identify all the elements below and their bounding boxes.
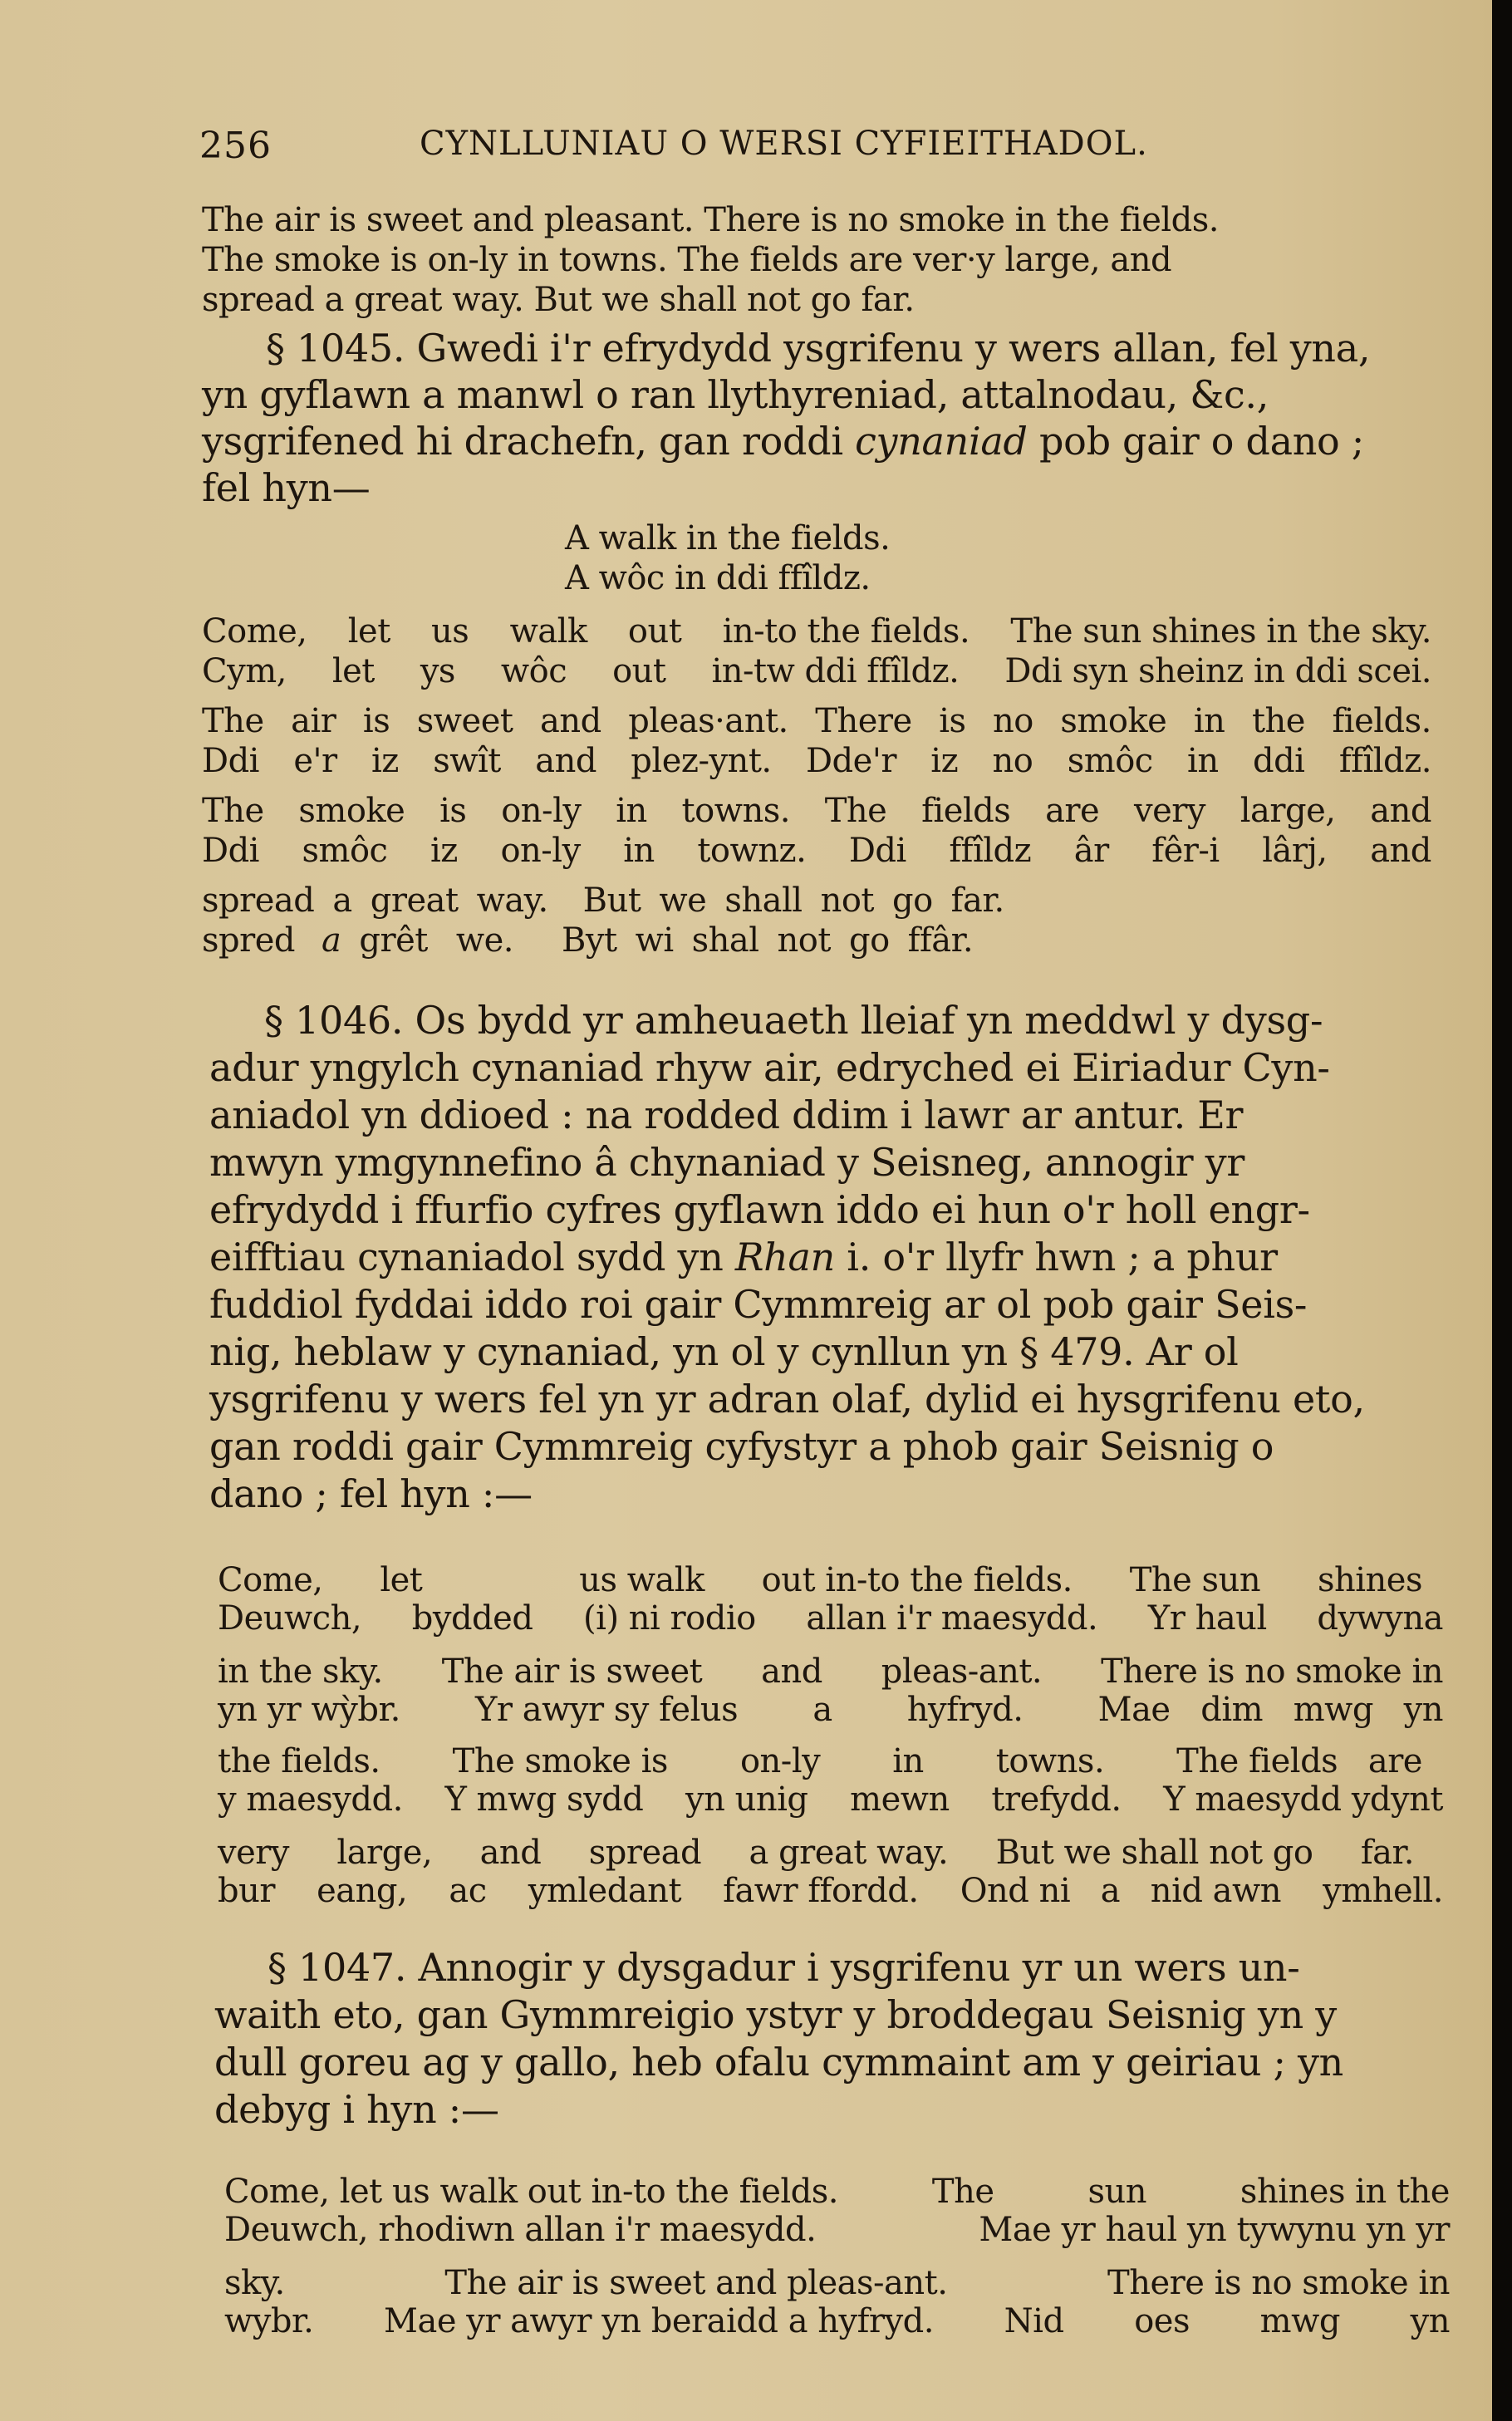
lesson-title-phonetic: A wôc in ddi ffîldz. (565, 562, 871, 595)
word: Mae yr awyr yn beraidd a hyfryd. (384, 2305, 934, 2338)
word: The smoke is (453, 1745, 668, 1778)
word: no (993, 705, 1033, 738)
word: smôc (1068, 744, 1153, 778)
word: Yr haul (1148, 1602, 1267, 1635)
word: Nid (1004, 2305, 1064, 2338)
word: far. (951, 884, 1004, 917)
word: townz. (697, 834, 806, 867)
word: us walk (579, 1564, 704, 1597)
word: dywyna (1317, 1602, 1443, 1635)
word: let (332, 655, 375, 688)
word: Come, (202, 615, 307, 648)
word: wi (636, 924, 674, 957)
word: wôc (501, 655, 567, 688)
word: Cym, (202, 655, 287, 688)
word: Mae yr haul yn tywynu yn yr (979, 2213, 1450, 2247)
word: on-ly (740, 1745, 820, 1778)
paragraph-1046-line-11: dano ; fel hyn :— (209, 1475, 533, 1513)
word: wybr. (224, 2305, 313, 2338)
word: and (535, 744, 596, 778)
word: iz (371, 744, 399, 778)
book-spine-shadow (1492, 0, 1512, 2421)
word: go (892, 884, 933, 917)
word: The (825, 794, 887, 827)
word: sun (1087, 2175, 1146, 2208)
word: Ddi (202, 834, 259, 867)
word: ffâr. (908, 924, 973, 957)
word: far. (1361, 1836, 1414, 1869)
paragraph-1047-line-2: waith eto, gan Gymmreigio ystyr y brodde… (214, 1996, 1337, 2034)
english-line: Come,letuswalkoutin-to the fields.The su… (202, 615, 1431, 648)
word: on-ly (500, 834, 580, 867)
word: go (849, 924, 890, 957)
word: air (291, 705, 336, 738)
word: let (380, 1564, 422, 1597)
word: are (1045, 794, 1099, 827)
word: is (439, 794, 466, 827)
word: yn yr wỳbr. (218, 1693, 400, 1726)
word: Ddi syn sheinz in ddi scei. (1004, 655, 1431, 688)
paragraph-1047-line-3: dull goreu ag y gallo, heb ofalu cymmain… (214, 2043, 1343, 2081)
word: eifftiau cynaniadol sydd yn (209, 1235, 724, 1279)
paragraph-1045-line-2: yn gyflawn a manwl o ran llythyreniad, a… (202, 376, 1269, 414)
lesson-title-english: A walk in the fields. (565, 522, 890, 555)
word: smôc (302, 834, 388, 867)
welsh-line: y maesydd.Y mwg syddyn unigmewntrefydd.Y… (218, 1783, 1443, 1816)
word: in the sky. (218, 1655, 383, 1688)
word: we. (456, 924, 513, 957)
word: Ond ni a nid awn (960, 1874, 1281, 1908)
word: fields (921, 794, 1010, 827)
paragraph-1046-line-4: mwyn ymgynnefino â chynaniad y Seisneg, … (209, 1143, 1244, 1181)
welsh-line: Deuwch, rhodiwn allan i'r maesydd.Mae yr… (224, 2213, 1450, 2247)
book-page: 256 CYNLLUNIAU O WERSI CYFIEITHADOL. The… (0, 0, 1492, 2421)
word: towns. (682, 794, 790, 827)
word: The sun (1130, 1564, 1260, 1597)
word: The (202, 794, 264, 827)
word: large, (336, 1836, 432, 1869)
word: y maesydd. (218, 1783, 403, 1816)
word: Mae dim mwg yn (1098, 1693, 1443, 1726)
word: oes (1134, 2305, 1190, 2338)
word: in (892, 1745, 924, 1778)
word: There is no smoke in (1107, 2266, 1450, 2300)
word: eang, (317, 1874, 407, 1908)
word: a (322, 924, 341, 957)
english-line: sky.The air is sweet and pleas-ant.There… (224, 2266, 1450, 2300)
emphasis: cynaniad (855, 419, 1028, 464)
word: in-to the fields. (723, 615, 970, 648)
paragraph-1046-line-3: aniadol yn ddioed : na rodded ddim i law… (209, 1096, 1243, 1134)
paragraph-1046-line-7: fuddiol fyddai iddo roi gair Cymmreig ar… (209, 1285, 1307, 1323)
word: Ddi (849, 834, 906, 867)
word: sky. (224, 2266, 285, 2300)
word: and (1370, 834, 1431, 867)
word: iz (430, 834, 458, 867)
phonetic-line: spredagrêtwe.Bytwishalnotgoffâr. (202, 924, 973, 957)
word: The air is sweet and pleas-ant. (444, 2266, 947, 2300)
word: i. o'r llyfr hwn ; a phur (847, 1235, 1278, 1279)
word: we (659, 884, 706, 917)
word: ddi (1253, 744, 1305, 778)
word: ys (420, 655, 455, 688)
phonetic-line: Cym,letyswôcoutin-tw ddi ffîldz.Ddi syn … (202, 655, 1431, 688)
word: and (480, 1836, 542, 1869)
paragraph-1046-line-8: nig, heblaw y cynaniad, yn ol y cynllun … (209, 1333, 1239, 1371)
welsh-line: wybr.Mae yr awyr yn beraidd a hyfryd.Nid… (224, 2305, 1450, 2338)
word: fêr-i (1151, 834, 1219, 867)
word: sweet (417, 705, 513, 738)
word: ac (449, 1874, 486, 1908)
word: shines in the (1240, 2175, 1450, 2208)
word: Annogir y dysgadur i ysgrifenu yr un wer… (419, 1945, 1300, 1990)
word: âr (1074, 834, 1109, 867)
paragraph-1046-line-9: ysgrifenu y wers fel yn yr adran olaf, d… (209, 1380, 1365, 1418)
text-line: The smoke is on-ly in towns. The fields … (202, 243, 1171, 277)
word: a (332, 884, 351, 917)
emphasis: Rhan (735, 1235, 835, 1279)
text-line: spread a great way. But we shall not go … (202, 283, 915, 317)
word: Ddi (202, 744, 259, 778)
word: The sun shines in the sky. (1010, 615, 1431, 648)
english-line: Theairissweetandpleas·ant.Thereisnosmoke… (202, 705, 1431, 738)
phonetic-line: Ddie'rizswîtandplez-ynt.Dde'riznosmôcind… (202, 744, 1431, 778)
word: very (1134, 794, 1205, 827)
section-number: § 1046. (264, 998, 403, 1043)
word: in (623, 834, 655, 867)
paragraph-1047-line-4: debyg i hyn :— (214, 2090, 499, 2129)
paragraph-1046-line-5: efrydydd i ffurfio cyfres gyflawn iddo e… (209, 1191, 1310, 1229)
word: (i) ni rodio (583, 1602, 756, 1635)
word: hyfryd. (907, 1693, 1024, 1726)
word: The air is sweet (442, 1655, 703, 1688)
word: fawr ffordd. (723, 1874, 918, 1908)
word: Deuwch, (218, 1602, 361, 1635)
paragraph-1046-line-6: eifftiau cynaniadol sydd yn Rhan i. o'r … (209, 1238, 1278, 1276)
word: pob gair o dano ; (1039, 419, 1364, 464)
word: mwg (1260, 2305, 1340, 2338)
word: Dde'r (806, 744, 896, 778)
word: in-tw ddi ffîldz. (711, 655, 959, 688)
word: Y maesydd ydynt (1163, 1783, 1443, 1816)
word: and (1370, 794, 1431, 827)
word: pleas·ant. (628, 705, 788, 738)
word: shal (692, 924, 759, 957)
word: large, (1240, 794, 1336, 827)
word: very (218, 1836, 289, 1869)
word: shall (724, 884, 802, 917)
word: let (348, 615, 390, 648)
word: lârj, (1262, 834, 1327, 867)
word: on-ly (501, 794, 581, 827)
running-title: CYNLLUNIAU O WERSI CYFIEITHADOL. (420, 125, 1148, 163)
word: out in-to the fields. (762, 1564, 1073, 1597)
word: walk (510, 615, 587, 648)
word: out (612, 655, 665, 688)
english-line: Come, let us walk out in-to the fields.T… (224, 2175, 1450, 2208)
word: allan i'r maesydd. (806, 1602, 1097, 1635)
word: ysgrifened hi drachefn, gan roddi (202, 419, 843, 464)
word: But we shall not go (996, 1836, 1313, 1869)
paragraph-1045-line-3: ysgrifened hi drachefn, gan roddi cynani… (202, 422, 1364, 460)
word: Os bydd yr amheuaeth lleiaf yn meddwl y … (415, 998, 1323, 1043)
paragraph-1045-line-4: fel hyn— (202, 469, 370, 507)
word: ymhell. (1323, 1874, 1443, 1908)
paragraph-1045-line-1: § 1045. Gwedi i'r efrydydd ysgrifenu y w… (266, 329, 1370, 367)
word: spread (202, 884, 314, 917)
word: The (202, 705, 264, 738)
word: But (583, 884, 641, 917)
word: The (932, 2175, 994, 2208)
word: bydded (412, 1602, 533, 1635)
welsh-line: Deuwch,bydded(i) ni rodioallan i'r maesy… (218, 1602, 1443, 1635)
page-number: 256 (199, 125, 272, 167)
word: ymledant (528, 1874, 681, 1908)
english-line: Thesmokeison-lyintowns.Thefieldsareveryl… (202, 794, 1431, 827)
word: Deuwch, rhodiwn allan i'r maesydd. (224, 2213, 816, 2247)
english-line: spreadagreatway.Butweshallnotgofar. (202, 884, 1004, 917)
word: There (815, 705, 911, 738)
word: yn (1411, 2305, 1450, 2338)
word: us (431, 615, 469, 648)
welsh-line: bureang,acymledantfawr ffordd.Ond ni a n… (218, 1874, 1443, 1908)
word: in (1187, 744, 1219, 778)
word: a (812, 1693, 832, 1726)
word: ffîldz (949, 834, 1031, 867)
word: shines (1318, 1564, 1422, 1597)
word: out (628, 615, 681, 648)
phonetic-line: Ddismôcizon-lyintownz.Ddiffîldzârfêr-ilâ… (202, 834, 1431, 867)
word: smoke (298, 794, 405, 827)
paragraph-1046-line-10: gan roddi gair Cymmreig cyfystyr a phob … (209, 1427, 1274, 1466)
word: Yr awyr sy felus (475, 1693, 738, 1726)
word: yn unig (685, 1783, 808, 1816)
word: pleas-ant. (881, 1655, 1042, 1688)
word: iz (930, 744, 958, 778)
word: trefydd. (991, 1783, 1121, 1816)
word: and (761, 1655, 822, 1688)
word: Y mwg sydd (444, 1783, 643, 1816)
word: and (540, 705, 601, 738)
word: is (363, 705, 390, 738)
paragraph-1046-line-1: § 1046. Os bydd yr amheuaeth lleiaf yn m… (264, 1001, 1323, 1039)
word: fields. (1332, 705, 1431, 738)
word: Come, let us walk out in-to the fields. (224, 2175, 838, 2208)
paragraph-1047-line-1: § 1047. Annogir y dysgadur i ysgrifenu y… (268, 1948, 1299, 1986)
word: in (616, 794, 647, 827)
word: not (821, 884, 874, 917)
english-line: Come,letus walkout in-to the fields.The … (218, 1564, 1422, 1597)
text-line: The air is sweet and pleasant. There is … (202, 204, 1219, 237)
word: the fields. (218, 1745, 380, 1778)
word: ffîldz. (1339, 744, 1431, 778)
word: spread (589, 1836, 701, 1869)
word: bur (218, 1874, 275, 1908)
word: is (939, 705, 965, 738)
word: Gwedi i'r efrydydd ysgrifenu y wers alla… (417, 326, 1371, 371)
word: There is no smoke in (1101, 1655, 1443, 1688)
word: way. (477, 884, 548, 917)
section-number: § 1047. (268, 1945, 406, 1990)
word: swît (433, 744, 501, 778)
word: great (371, 884, 459, 917)
word: plez-ynt. (631, 744, 771, 778)
english-line: in the sky.The air is sweetandpleas-ant.… (218, 1655, 1443, 1688)
word: not (778, 924, 831, 957)
welsh-line: yn yr wỳbr.Yr awyr sy felusahyfryd.Mae d… (218, 1693, 1443, 1726)
word: e'r (293, 744, 336, 778)
word: the (1252, 705, 1305, 738)
english-line: verylarge,andspreada great way.But we sh… (218, 1836, 1414, 1869)
word: The fields are (1176, 1745, 1422, 1778)
word: a great way. (749, 1836, 949, 1869)
paragraph-1046-line-2: adur yngylch cynaniad rhyw air, edryched… (209, 1048, 1330, 1087)
english-line: the fields.The smoke ison-lyintowns.The … (218, 1745, 1422, 1778)
section-number: § 1045. (266, 326, 405, 371)
word: Byt (562, 924, 617, 957)
word: smoke (1060, 705, 1166, 738)
word: in (1194, 705, 1225, 738)
word: grêt (359, 924, 427, 957)
word: towns. (996, 1745, 1104, 1778)
word: no (993, 744, 1033, 778)
word: Come, (218, 1564, 323, 1597)
word: spred (202, 924, 295, 957)
word: mewn (850, 1783, 950, 1816)
